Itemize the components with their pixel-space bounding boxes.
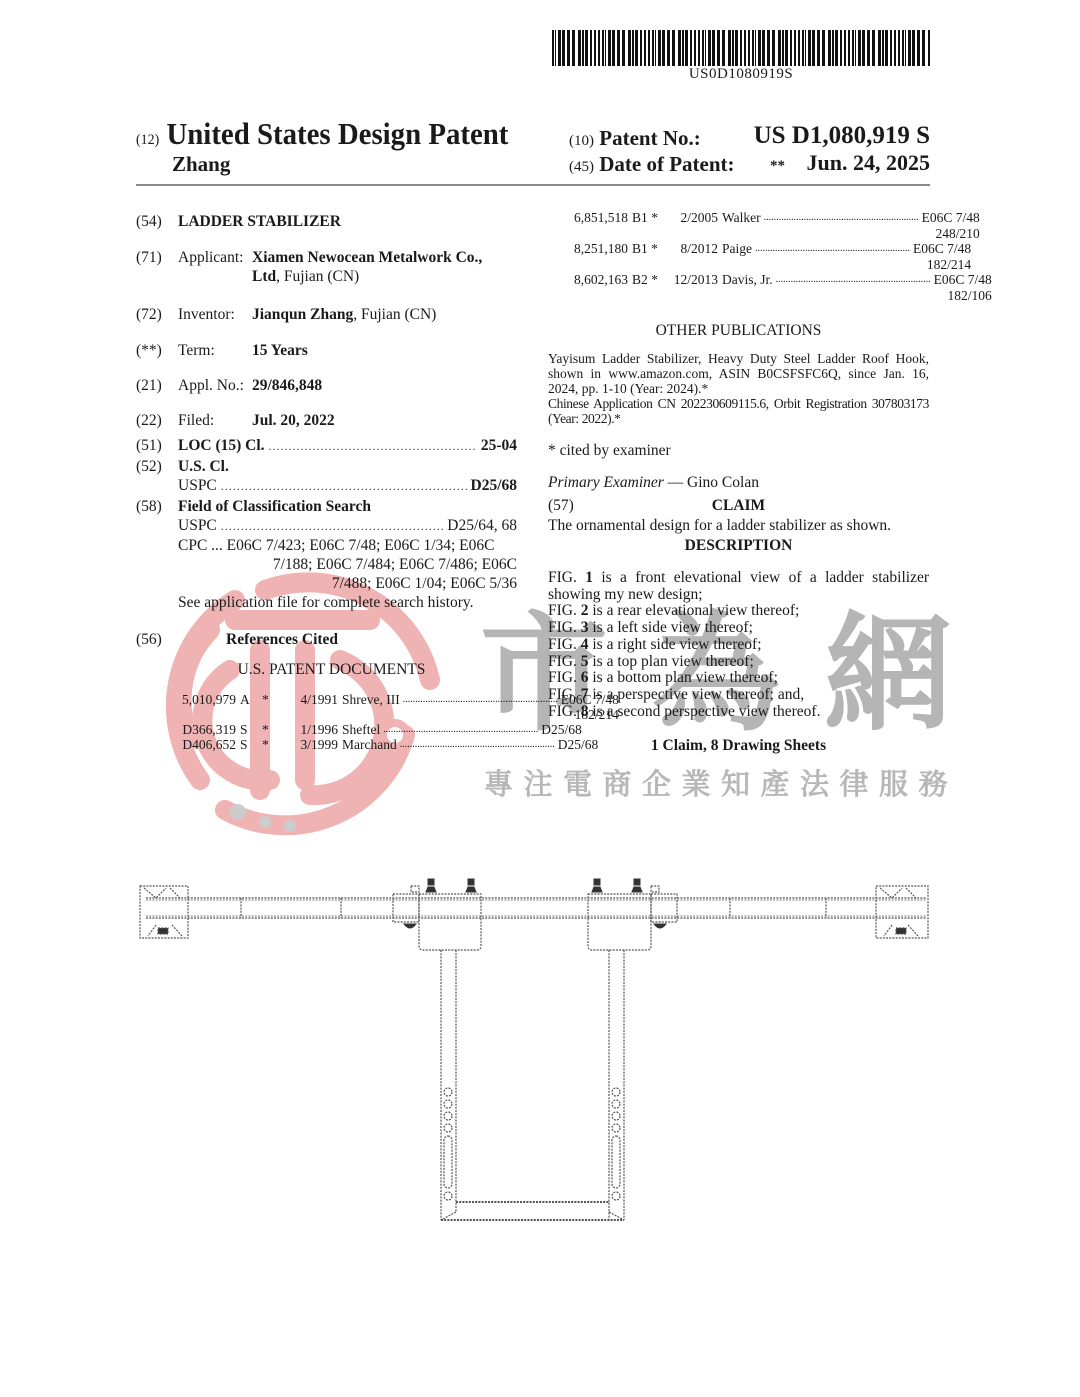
figure-description-item: FIG. 1 is a front elevational view of a … bbox=[548, 570, 929, 603]
applicant: (71)Applicant:Xiamen Newocean Metalwork … bbox=[136, 248, 517, 286]
filed-date: (22)Filed:Jul. 20, 2022 bbox=[136, 411, 517, 430]
patent-no-code: (10) bbox=[569, 133, 594, 149]
figure-description-item: FIG. 3 is a left side view thereof; bbox=[548, 620, 929, 637]
patent-number: US D1,080,919 S bbox=[754, 122, 930, 150]
loc-classification: (51)LOC (15) Cl.25-04 bbox=[136, 436, 517, 456]
author: Zhang bbox=[172, 152, 230, 177]
type-code: (12) bbox=[136, 132, 159, 148]
claim-text: The ornamental design for a ladder stabi… bbox=[548, 517, 929, 534]
other-publications-heading: OTHER PUBLICATIONS bbox=[548, 322, 929, 339]
cited-by-examiner-note: * cited by examiner bbox=[548, 442, 929, 459]
figure-descriptions: FIG. 1 is a front elevational view of a … bbox=[548, 570, 929, 720]
claim-section: (57)CLAIM The ornamental design for a la… bbox=[548, 497, 929, 554]
patent-date: Jun. 24, 2025 bbox=[807, 150, 930, 176]
patent-no-label: (10) Patent No.: bbox=[569, 126, 701, 151]
figure-description-item: FIG. 5 is a top plan view thereof; bbox=[548, 654, 929, 671]
reference-row: 8,602,163B2 *12/2013Davis, Jr...........… bbox=[548, 272, 929, 303]
other-publications: Yayisum Ladder Stabilizer, Heavy Duty St… bbox=[548, 351, 929, 426]
references-cited: (56)References Cited U.S. PATENT DOCUMEN… bbox=[136, 630, 517, 679]
description-heading: DESCRIPTION bbox=[548, 537, 929, 554]
field-of-search: (58)Field of Classification Search USPCD… bbox=[136, 497, 517, 612]
application-number: (21)Appl. No.:29/846,848 bbox=[136, 376, 517, 395]
primary-examiner: Primary Examiner — Gino Colan bbox=[548, 474, 929, 491]
date-label-text: Date of Patent: bbox=[599, 152, 734, 176]
invention-title: (54)LADDER STABILIZER bbox=[136, 212, 517, 231]
date-marker: ** bbox=[770, 158, 785, 175]
figure-description-item: FIG. 2 is a rear elevational view thereo… bbox=[548, 603, 929, 620]
publication-item: Yayisum Ladder Stabilizer, Heavy Duty St… bbox=[548, 351, 929, 396]
reference-row: D406,652S*3/1999Marchand................… bbox=[160, 737, 517, 752]
reference-row: 5,010,979A*4/1991Shreve, III............… bbox=[160, 692, 517, 722]
inventor: (72)Inventor:Jianqun Zhang, Fujian (CN) bbox=[136, 305, 517, 324]
reference-row: 6,851,518B1 *2/2005Walker...............… bbox=[548, 210, 929, 241]
references-table-left: 5,010,979A*4/1991Shreve, III............… bbox=[160, 692, 517, 752]
references-table-right: 6,851,518B1 *2/2005Walker...............… bbox=[548, 210, 929, 303]
header-divider bbox=[136, 184, 930, 186]
title-text: United States Design Patent bbox=[166, 116, 508, 151]
claims-summary: 1 Claim, 8 Drawing Sheets bbox=[548, 737, 929, 754]
date-label: (45) Date of Patent: bbox=[569, 152, 735, 177]
document-title: (12) United States Design Patent bbox=[136, 116, 508, 152]
publication-item: Chinese Application CN 202230609115.6, O… bbox=[548, 396, 929, 426]
figure-description-item: FIG. 6 is a bottom plan view thereof; bbox=[548, 670, 929, 687]
patent-no-label-text: Patent No.: bbox=[599, 126, 700, 150]
reference-row: 8,251,180B1 *8/2012Paige................… bbox=[548, 241, 929, 272]
us-classification: (52)U.S. Cl. USPCD25/68 bbox=[136, 457, 517, 496]
figure-description-item: FIG. 7 is a perspective view thereof; an… bbox=[548, 687, 929, 704]
ladder-stabilizer-drawing bbox=[136, 870, 936, 1230]
figure-description-item: FIG. 4 is a right side view thereof; bbox=[548, 637, 929, 654]
term: (**)Term:15 Years bbox=[136, 341, 517, 360]
watermark-subtitle: 專注電商企業知產法律服務 bbox=[484, 762, 958, 803]
reference-row: D366,319S*1/1996Sheftel.................… bbox=[160, 722, 517, 737]
date-code: (45) bbox=[569, 159, 594, 175]
figure-description-item: FIG. 8 is a second perspective view ther… bbox=[548, 704, 929, 721]
barcode-number: US0D1080919S bbox=[552, 66, 930, 83]
barcode-icon bbox=[552, 30, 930, 66]
